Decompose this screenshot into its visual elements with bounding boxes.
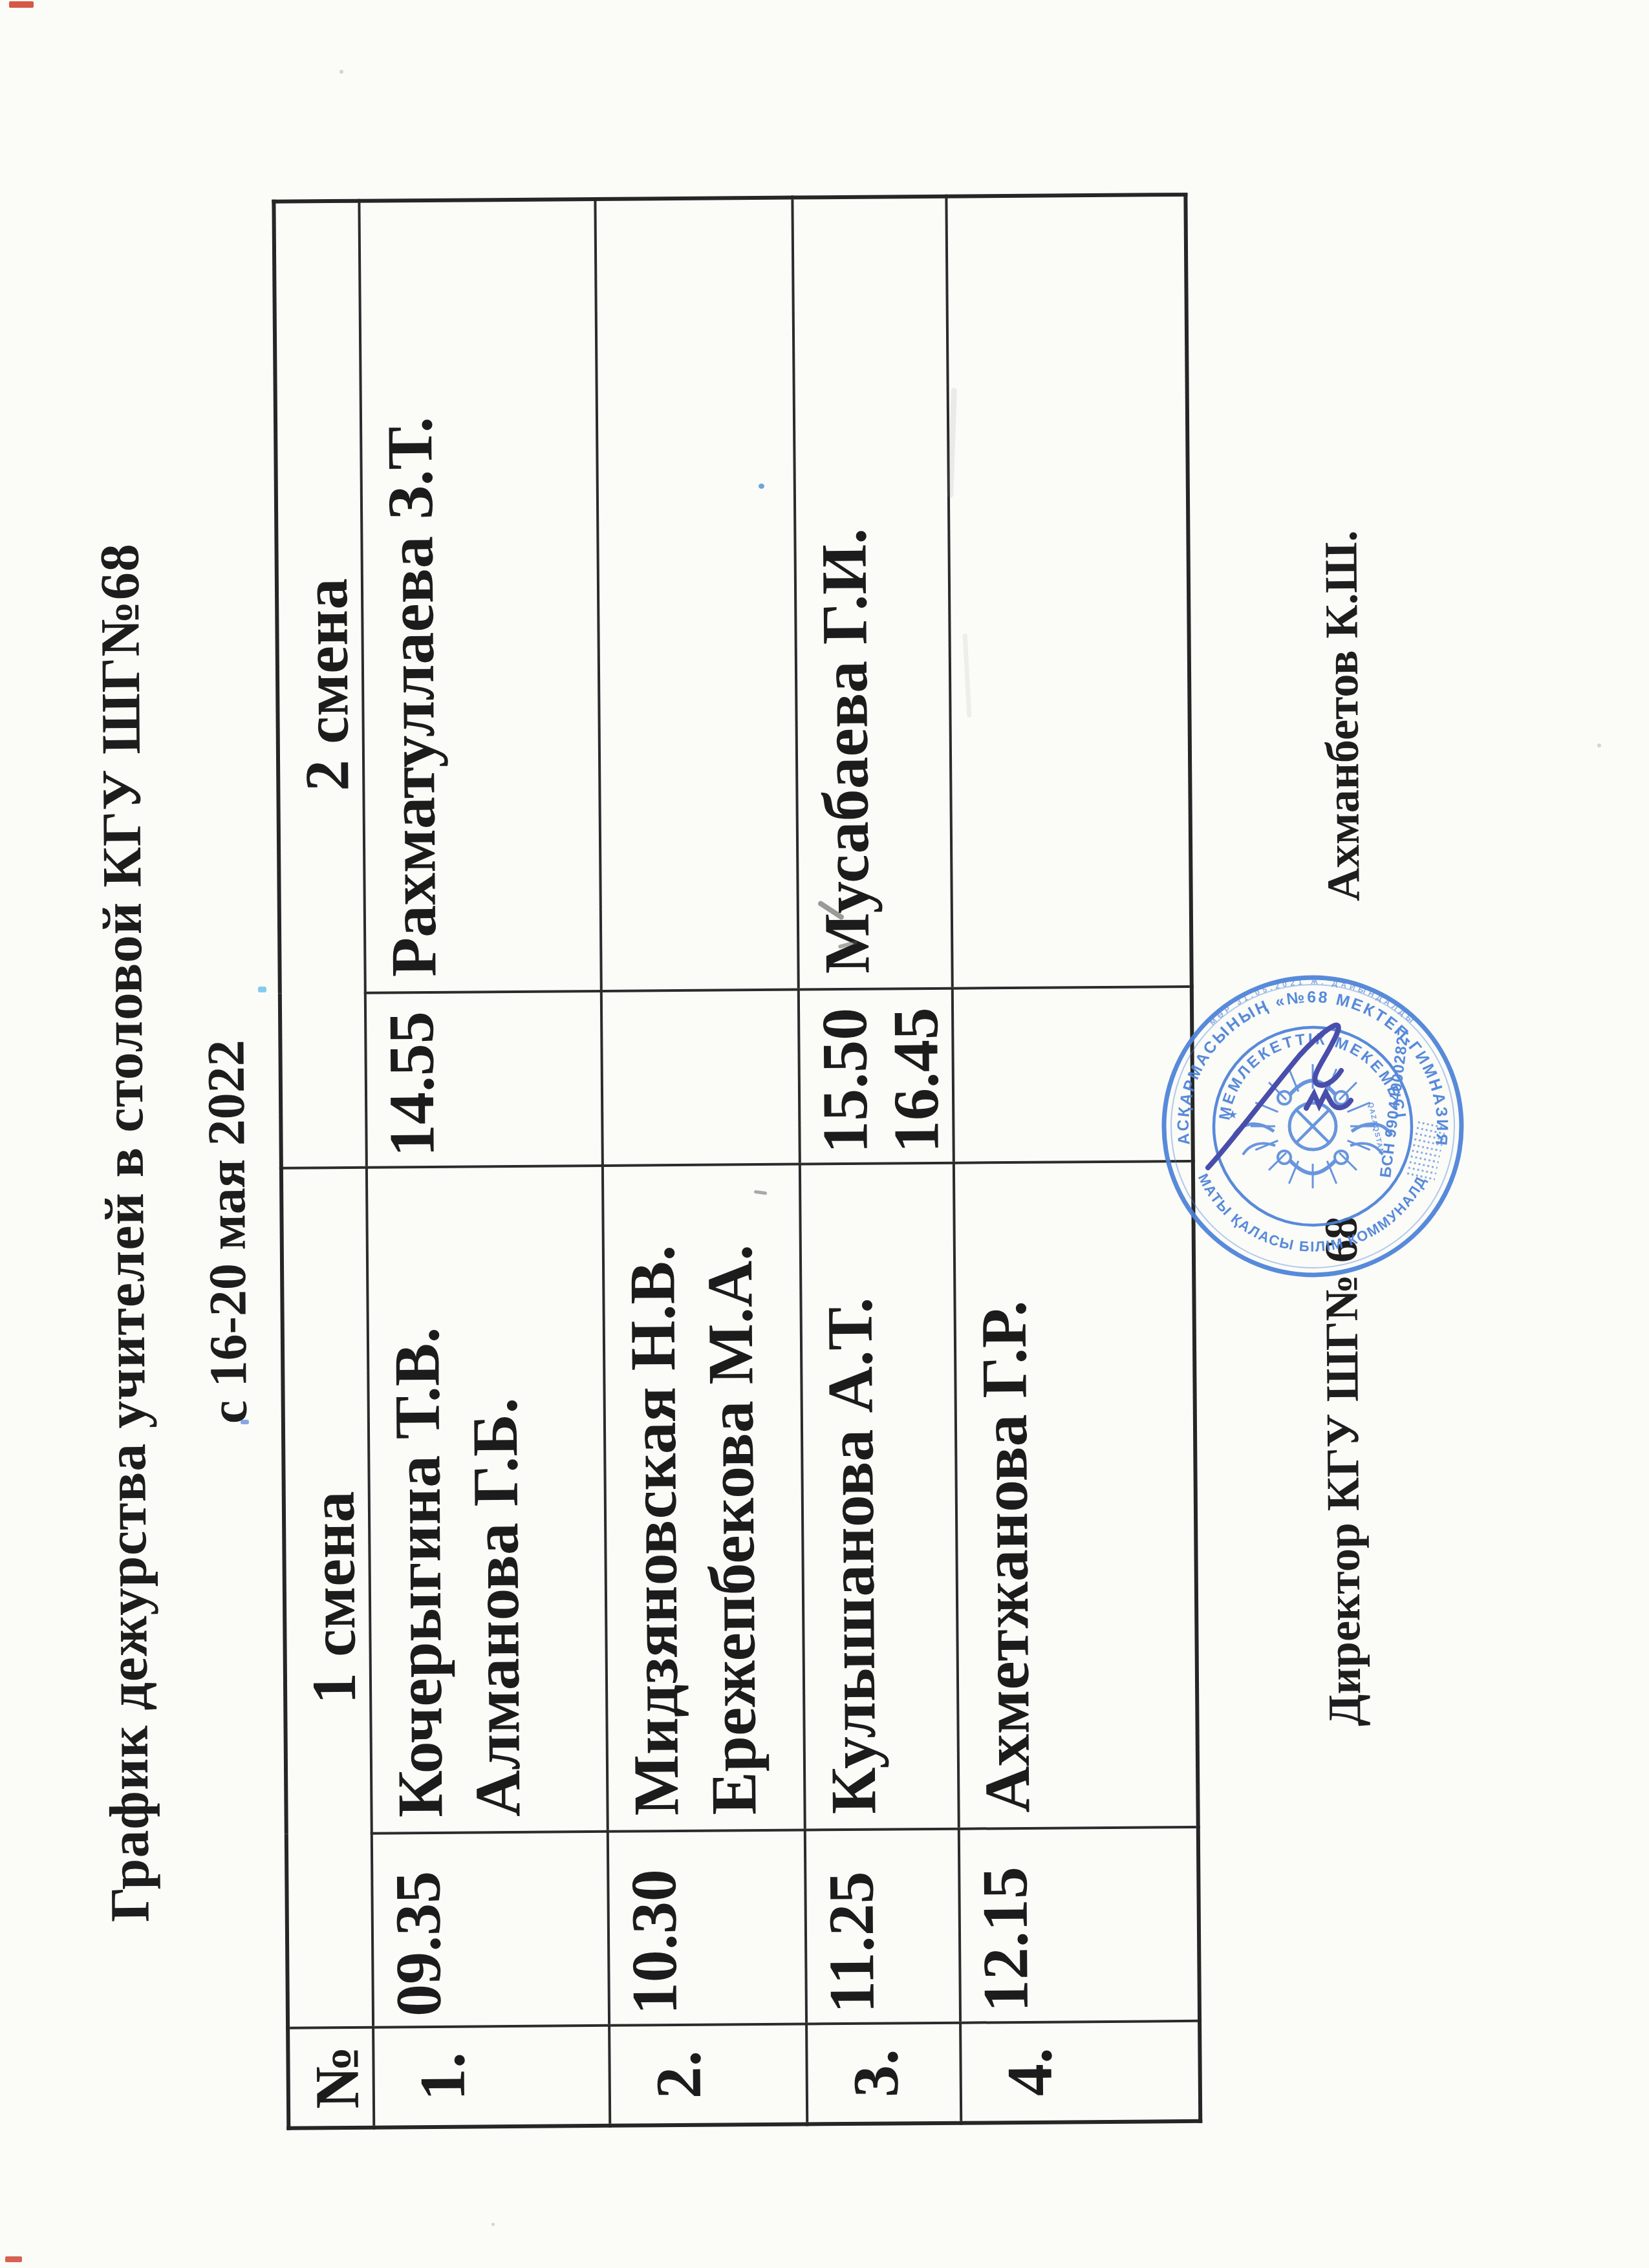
header-row: № 1 смена 2 смена (274, 201, 374, 2128)
table-row: 3. 11.25 Кулышанова А.Т. 15.50 16.45 Мус… (792, 197, 961, 2124)
shift2-teachers: Рахматуллаева З.Т. (359, 199, 601, 993)
stamp-star-icon: ★ (1227, 1108, 1238, 1121)
row-number: 1. (373, 2026, 610, 2128)
row-number: 3. (806, 2023, 961, 2124)
shift1-time: 09.35 (372, 1832, 609, 2027)
document-date-range: с 16-20 мая 2022 (191, 443, 264, 2021)
shift1-time: 12.15 (959, 1827, 1200, 2023)
scanned-page: { "page": { "bg": "#fbfbf8", "ink": "#1d… (0, 0, 1649, 2268)
shift2-teachers (595, 198, 798, 991)
col-header-shift2: 2 смена (274, 201, 366, 1168)
shift2-teachers: Мусабаева Г.И. (792, 197, 952, 990)
shift1-time: 11.25 (805, 1829, 960, 2024)
shift2-time: 14.55 (365, 991, 603, 1168)
row-number: 2. (609, 2024, 807, 2126)
col-header-shift1: 1 смена (281, 1168, 373, 2028)
table-row: 2. 10.30 Мидзяновская Н.В. Ережепбекова … (595, 198, 807, 2126)
table-row: 1. 09.35 Кочерыгина Т.В. Алманова Г.Б. 1… (359, 199, 610, 2128)
official-stamp: МӨР 31.05.2021 Ж. ДАЙЫНДАЛДЫ БАСҚАРМАСЫН… (1151, 965, 1474, 1288)
shift2-time (601, 990, 800, 1166)
duty-schedule-table: № 1 смена 2 смена 1. 09.35 Кочерыгина Т.… (272, 193, 1202, 2130)
document-title: График дежурства учителей в столовой КГУ… (86, 444, 163, 2022)
shift2-teachers (946, 195, 1191, 989)
col-header-num: № (288, 2027, 374, 2128)
shift1-teachers: Кочерыгина Т.В. Алманова Г.Б. (367, 1166, 608, 1834)
director-name: Ахманбетов К.Ш. (1314, 530, 1370, 901)
shift1-teachers: Мидзяновская Н.В. Ережепбекова М.А. (603, 1164, 805, 1832)
director-title: Директор КГУ ШГ№ 68 (1315, 1216, 1372, 1727)
stamp-emblem (1234, 1064, 1392, 1188)
row-number: 4. (960, 2021, 1200, 2123)
shift1-time: 10.30 (608, 1830, 806, 2026)
shift2-time: 15.50 16.45 (799, 989, 954, 1164)
shift1-teachers: Кулышанова А.Т. (800, 1163, 959, 1830)
